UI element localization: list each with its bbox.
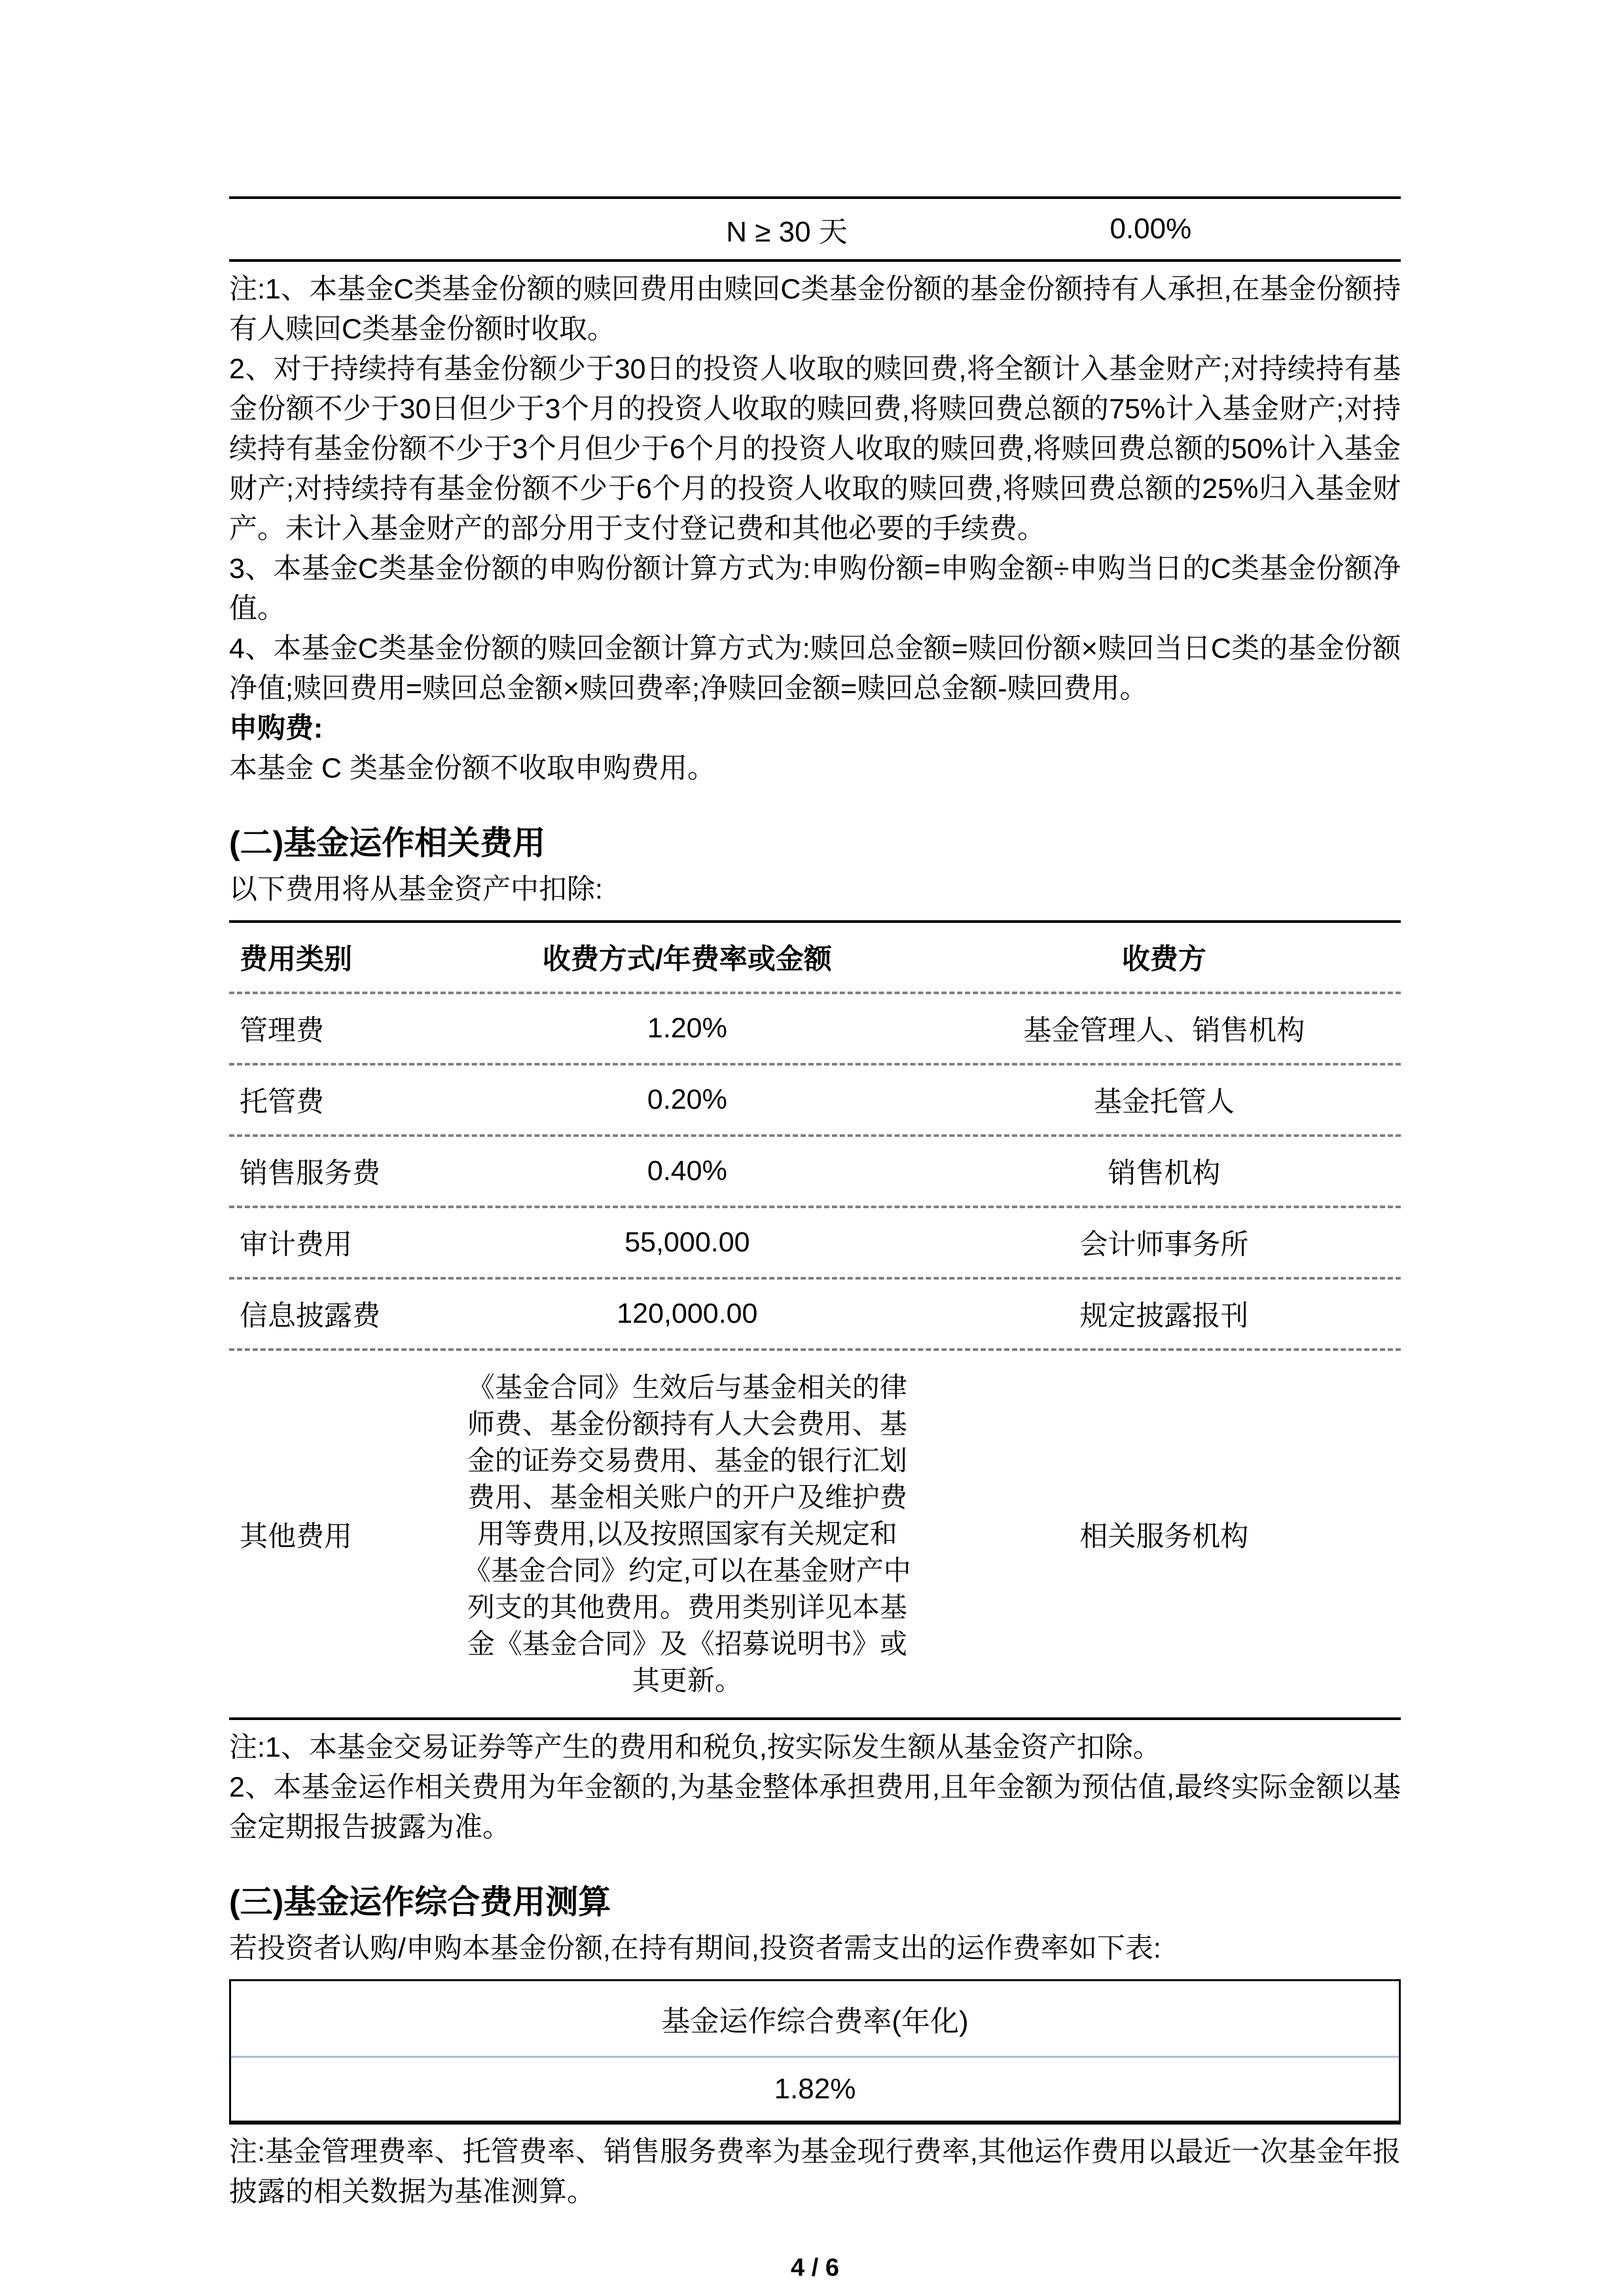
- comprehensive-rate-note: 注:基金管理费率、托管费率、销售服务费率为基金现行费率,其他运作费用以最近一次基…: [229, 2132, 1401, 2212]
- redemption-note-1: 注:1、本基金C类基金份额的赎回费用由赎回C类基金份额的基金份额持有人承担,在基…: [229, 270, 1401, 350]
- operating-fees-table: 费用类别 收费方式/年费率或金额 收费方 管理费 1.20% 基金管理人、销售机…: [229, 920, 1401, 1720]
- purchase-fee-label: 申购费:: [229, 709, 1401, 749]
- redemption-note-4: 4、本基金C类基金份额的赎回金额计算方式为:赎回总金额=赎回份额×赎回当日C类的…: [229, 629, 1401, 709]
- comprehensive-rate-intro: 若投资者认购/申购本基金份额,在持有期间,投资者需支出的运作费率如下表:: [229, 1929, 1401, 1969]
- fee-category: 审计费用: [229, 1223, 447, 1263]
- page-content: N ≥ 30 天 0.00% 注:1、本基金C类基金份额的赎回费用由赎回C类基金…: [229, 0, 1401, 2282]
- fee-category: 销售服务费: [229, 1151, 447, 1191]
- redemption-fee-table: N ≥ 30 天 0.00%: [229, 196, 1401, 262]
- fee-payee: 规定披露报刊: [928, 1294, 1401, 1334]
- fee-category: 托管费: [229, 1080, 447, 1120]
- fee-method: 《基金合同》生效后与基金相关的律师费、基金份额持有人大会费用、基金的证券交易费用…: [447, 1365, 928, 1703]
- fee-category: 管理费: [229, 1009, 447, 1049]
- fee-payee: 相关服务机构: [928, 1515, 1401, 1554]
- section-heading-operating-fees: (二)基金运作相关费用: [229, 823, 1401, 863]
- fee-payee: 会计师事务所: [928, 1223, 1401, 1263]
- redemption-note-2: 2、对于持续持有基金份额少于30日的投资人收取的赎回费,将全额计入基金财产;对持…: [229, 350, 1401, 549]
- fee-method: 0.20%: [447, 1084, 928, 1116]
- redemption-note-3: 3、本基金C类基金份额的申购份额计算方式为:申购份额=申购金额÷申购当日的C类基…: [229, 549, 1401, 629]
- fee-category: 信息披露费: [229, 1294, 447, 1334]
- page-number: 4 / 6: [229, 2254, 1401, 2282]
- redemption-notes: 注:1、本基金C类基金份额的赎回费用由赎回C类基金份额的基金份额持有人承担,在基…: [229, 270, 1401, 789]
- fee-method: 0.40%: [447, 1155, 928, 1187]
- fee-method: 1.20%: [447, 1013, 928, 1045]
- section-heading-comprehensive-rate: (三)基金运作综合费用测算: [229, 1882, 1401, 1922]
- holding-period-cell: N ≥ 30 天: [562, 208, 1011, 250]
- purchase-fee-text: 本基金 C 类基金份额不收取申购费用。: [229, 749, 1401, 789]
- comprehensive-rate-table: 基金运作综合费率(年化) 1.82%: [229, 1979, 1401, 2125]
- operating-note-2: 2、本基金运作相关费用为年金额的,为基金整体承担费用,且年金额为预估值,最终实际…: [229, 1768, 1401, 1848]
- operating-note-1: 注:1、本基金交易证券等产生的费用和税负,按实际发生额从基金资产扣除。: [229, 1728, 1401, 1768]
- operating-fees-notes: 注:1、本基金交易证券等产生的费用和税负,按实际发生额从基金资产扣除。 2、本基…: [229, 1728, 1401, 1848]
- fee-payee: 基金托管人: [928, 1080, 1401, 1120]
- table-row: 管理费 1.20% 基金管理人、销售机构: [229, 994, 1401, 1066]
- table-row: 审计费用 55,000.00 会计师事务所: [229, 1208, 1401, 1280]
- header-fee-category: 费用类别: [229, 937, 447, 977]
- comprehensive-note: 注:基金管理费率、托管费率、销售服务费率为基金现行费率,其他运作费用以最近一次基…: [229, 2132, 1401, 2212]
- table-row: 销售服务费 0.40% 销售机构: [229, 1137, 1401, 1208]
- comprehensive-rate-value: 1.82%: [231, 2058, 1399, 2121]
- operating-fees-intro: 以下费用将从基金资产中扣除:: [229, 870, 1401, 910]
- fee-method: 55,000.00: [447, 1227, 928, 1259]
- fee-payee: 销售机构: [928, 1151, 1401, 1191]
- table-row: 托管费 0.20% 基金托管人: [229, 1066, 1401, 1137]
- table-header-row: 费用类别 收费方式/年费率或金额 收费方: [229, 923, 1401, 994]
- fee-method: 120,000.00: [447, 1298, 928, 1330]
- fee-payee: 基金管理人、销售机构: [928, 1009, 1401, 1049]
- fee-category: 其他费用: [229, 1515, 447, 1554]
- document-page: N ≥ 30 天 0.00% 注:1、本基金C类基金份额的赎回费用由赎回C类基金…: [0, 0, 1624, 2296]
- table-row: 信息披露费 120,000.00 规定披露报刊: [229, 1280, 1401, 1351]
- table-row-other-fees: 其他费用 《基金合同》生效后与基金相关的律师费、基金份额持有人大会费用、基金的证…: [229, 1351, 1401, 1717]
- header-fee-method: 收费方式/年费率或金额: [447, 937, 928, 977]
- redemption-rate-cell: 0.00%: [1012, 213, 1401, 245]
- comprehensive-rate-header: 基金运作综合费率(年化): [231, 1981, 1399, 2058]
- header-fee-payee: 收费方: [928, 937, 1401, 977]
